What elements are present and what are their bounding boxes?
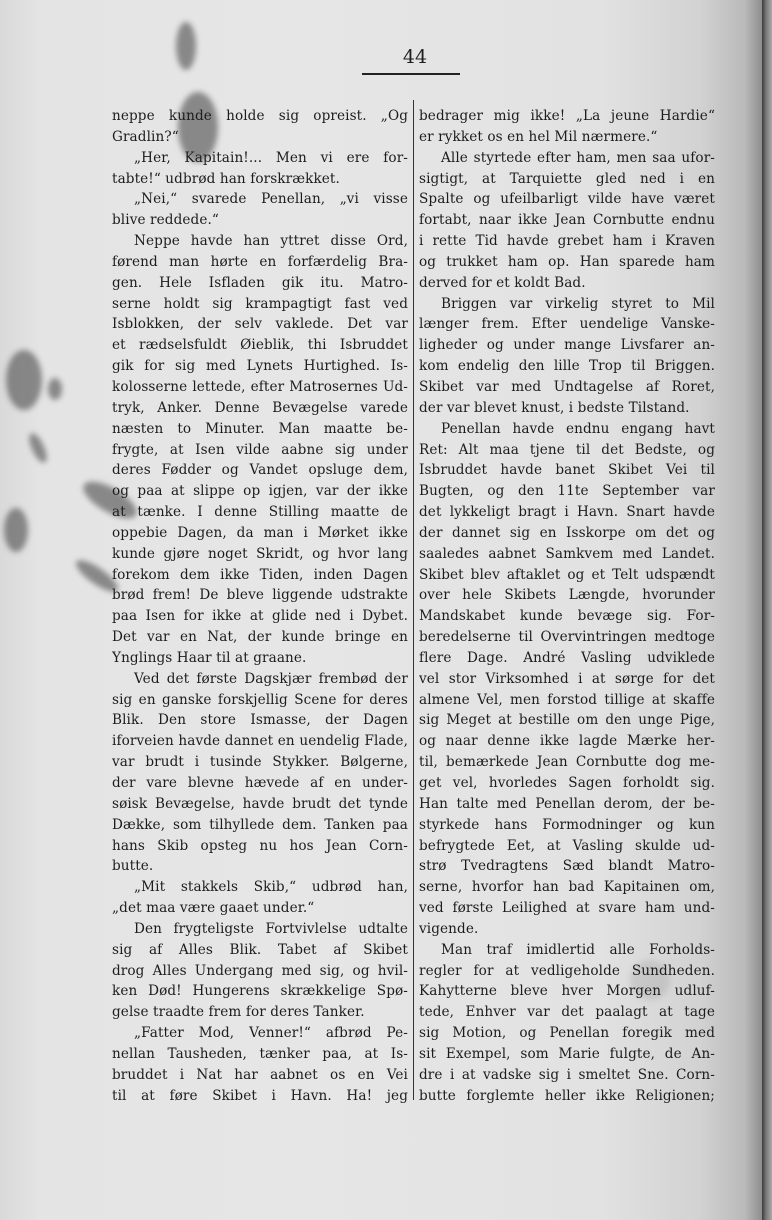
- text-line: der dannet sig en Isskorpe om det og: [419, 523, 715, 544]
- text-line: Skibet blev aftaklet og et Telt udspændt: [419, 565, 715, 586]
- column-divider: [413, 100, 414, 1100]
- text-line: at tænke. I denne Stilling maatte de: [112, 502, 408, 523]
- text-line: til, bemærkede Jean Cornbutte dog me-: [419, 752, 715, 773]
- text-line: Gradlin?“: [112, 127, 408, 148]
- text-line: førend man hørte en forfærdelig Bra-: [112, 252, 408, 273]
- left-column-text: neppe kunde holde sig opreist. „OgGradli…: [112, 106, 408, 1107]
- text-line: flere Dage. André Vasling udviklede: [419, 648, 715, 669]
- ink-stain: [6, 350, 42, 410]
- text-line: butte forglemte heller ikke Religionen;: [419, 1086, 715, 1107]
- text-line: „Mit stakkels Skib,“ udbrød han,: [112, 877, 408, 898]
- text-line: beredelserne til Overvintringen medtoge: [419, 627, 715, 648]
- text-line: sig Motion, og Penellan foregik med: [419, 1023, 715, 1044]
- ink-stain: [4, 508, 28, 552]
- text-line: ved første Leilighed at svare ham und-: [419, 898, 715, 919]
- text-line: derved for et koldt Bad.: [419, 273, 715, 294]
- page-edge-shadow: [762, 0, 772, 1220]
- text-line: Blik. Den store Ismasse, der Dagen: [112, 710, 408, 731]
- text-line: saaledes aabnet Samkvem med Landet.: [419, 544, 715, 565]
- text-line: Alle styrtede efter ham, men saa ufor-: [419, 148, 715, 169]
- text-line: kunde gjøre noget Skridt, og hvor lang: [112, 544, 408, 565]
- text-line: og paa at slippe op igjen, var der ikke: [112, 481, 408, 502]
- text-line: kolosserne lettede, efter Matrosernes Ud…: [112, 377, 408, 398]
- text-line: blive reddede.“: [112, 210, 408, 231]
- page-number: 44: [390, 46, 440, 68]
- text-line: regler for at vedligeholde Sundheden.: [419, 961, 715, 982]
- text-line: Neppe havde han yttret disse Ord,: [112, 231, 408, 252]
- text-line: Kahytterne bleve hver Morgen udluf-: [419, 981, 715, 1002]
- text-line: „det maa være gaaet under.“: [112, 898, 408, 919]
- text-line: bedrager mig ikke! „La jeune Hardie“: [419, 106, 715, 127]
- text-line: der vare blevne hævede af en under-: [112, 773, 408, 794]
- text-line: der var blevet knust, i bedste Tilstand.: [419, 398, 715, 419]
- ink-stain: [176, 22, 196, 70]
- ink-stain: [48, 378, 62, 400]
- text-line: Penellan havde endnu engang havt: [419, 419, 715, 440]
- text-line: næsten to Minuter. Man maatte be-: [112, 419, 408, 440]
- text-line: Briggen var virkelig styret to Mil: [419, 294, 715, 315]
- text-line: og naar denne ikke lagde Mærke her-: [419, 731, 715, 752]
- text-line: Bugten, og den 11te September var: [419, 481, 715, 502]
- text-line: Den frygteligste Fortvivlelse udtalte: [112, 919, 408, 940]
- text-line: sit Exempel, som Marie fulgte, de An-: [419, 1044, 715, 1065]
- text-line: vel stor Virksomhed i at sørge for det: [419, 669, 715, 690]
- text-line: „Her, Kapitain!... Men vi ere for-: [112, 148, 408, 169]
- text-line: „Nei,“ svarede Penellan, „vi visse: [112, 189, 408, 210]
- text-line: søisk Bevægelse, havde brudt det tynde: [112, 794, 408, 815]
- text-line: Dække, som tilhyllede dem. Tanken paa: [112, 815, 408, 836]
- text-line: Skibet var med Undtagelse af Roret,: [419, 377, 715, 398]
- text-line: og trukket ham op. Han sparede ham: [419, 252, 715, 273]
- text-line: over hele Skibets Længde, hvorunder: [419, 585, 715, 606]
- text-line: Isbruddet havde banet Skibet Vei til: [419, 460, 715, 481]
- text-line: ligheder og under mange Livsfarer an-: [419, 335, 715, 356]
- text-line: vigende.: [419, 919, 715, 940]
- text-line: Han talte med Penellan derom, der be-: [419, 794, 715, 815]
- text-line: styrkede hans Formodninger og kun: [419, 815, 715, 836]
- text-line: i rette Tid havde grebet ham i Kraven: [419, 231, 715, 252]
- text-line: Ynglings Haar til at graane.: [112, 648, 408, 669]
- text-line: bruddet i Nat har aabnet os en Vei: [112, 1065, 408, 1086]
- text-line: et rædselsfuldt Øieblik, thi Isbruddet: [112, 335, 408, 356]
- text-line: gen. Hele Isfladen gik itu. Matro-: [112, 273, 408, 294]
- text-line: neppe kunde holde sig opreist. „Og: [112, 106, 408, 127]
- text-line: frygte, at Isen vilde aabne sig under: [112, 440, 408, 461]
- text-line: ken Død! Hungerens skrækkelige Spø-: [112, 981, 408, 1002]
- text-line: forekom dem ikke Tiden, inden Dagen: [112, 565, 408, 586]
- text-line: hans Skib opsteg nu hos Jean Corn-: [112, 836, 408, 857]
- text-line: kom endelig den lille Trop til Briggen.: [419, 356, 715, 377]
- text-line: Spalte og ufeilbarligt vilde have været: [419, 189, 715, 210]
- text-line: drog Alles Undergang med sig, og hvil-: [112, 961, 408, 982]
- text-line: befrygtede Eet, at Vasling skulde ud-: [419, 836, 715, 857]
- text-line: deres Fødder og Vandet opsluge dem,: [112, 460, 408, 481]
- text-line: almene Vel, men forstod tillige at skaff…: [419, 690, 715, 711]
- text-line: gelse traadte frem for deres Tanker.: [112, 1002, 408, 1023]
- text-line: tabte!“ udbrød han forskrækket.: [112, 169, 408, 190]
- text-line: „Fatter Mod, Venner!“ afbrød Pe-: [112, 1023, 408, 1044]
- text-line: nellan Tausheden, tænker paa, at Is-: [112, 1044, 408, 1065]
- text-line: var brudt i tusinde Stykker. Bølgerne,: [112, 752, 408, 773]
- text-line: Ret: Alt maa tjene til det Bedste, og: [419, 440, 715, 461]
- text-line: til at føre Skibet i Havn. Ha! jeg: [112, 1086, 408, 1107]
- text-line: serne holdt sig krampagtigt fast ved: [112, 294, 408, 315]
- text-line: Man traf imidlertid alle Forholds-: [419, 940, 715, 961]
- right-column-text: bedrager mig ikke! „La jeune Hardie“er r…: [419, 106, 715, 1107]
- text-line: Isblokken, der selv vaklede. Det var: [112, 314, 408, 335]
- text-line: get vel, hvorledes Sagen forholdt sig.: [419, 773, 715, 794]
- text-line: strø Tvedragtens Sæd blandt Matro-: [419, 856, 715, 877]
- text-line: sig en ganske forskjellig Scene for dere…: [112, 690, 408, 711]
- text-line: sig Meget at bestille om den unge Pige,: [419, 710, 715, 731]
- text-line: brød frem! De bleve liggende udstrakte: [112, 585, 408, 606]
- text-line: oppebie Dagen, da man i Mørket ikke: [112, 523, 408, 544]
- text-line: sigtigt, at Tarquiette gled ned i en: [419, 169, 715, 190]
- text-line: gik for sig med Lynets Hurtighed. Is-: [112, 356, 408, 377]
- text-line: iforveien havde dannet en uendelig Flade…: [112, 731, 408, 752]
- text-line: tryk, Anker. Denne Bevægelse varede: [112, 398, 408, 419]
- text-line: Ved det første Dagskjær frembød der: [112, 669, 408, 690]
- text-line: er rykket os en hel Mil nærmere.“: [419, 127, 715, 148]
- header-rule: [362, 73, 460, 75]
- text-line: Mandskabet kunde bevæge sig. For-: [419, 606, 715, 627]
- text-line: tede, Enhver var det paalagt at tage: [419, 1002, 715, 1023]
- text-line: fortabt, naar ikke Jean Cornbutte endnu: [419, 210, 715, 231]
- text-line: længer frem. Efter uendelige Vanske-: [419, 314, 715, 335]
- text-line: det lykkeligt bragt i Havn. Snart havde: [419, 502, 715, 523]
- text-line: Det var en Nat, der kunde bringe en: [112, 627, 408, 648]
- ink-stain: [26, 431, 50, 465]
- text-line: paa Isen for ikke at glide ned i Dybet.: [112, 606, 408, 627]
- text-line: serne, hvorfor han bad Kapitainen om,: [419, 877, 715, 898]
- text-line: sig af Alles Blik. Tabet af Skibet: [112, 940, 408, 961]
- text-line: dre i at vadske sig i smeltet Sne. Corn-: [419, 1065, 715, 1086]
- text-line: butte.: [112, 856, 408, 877]
